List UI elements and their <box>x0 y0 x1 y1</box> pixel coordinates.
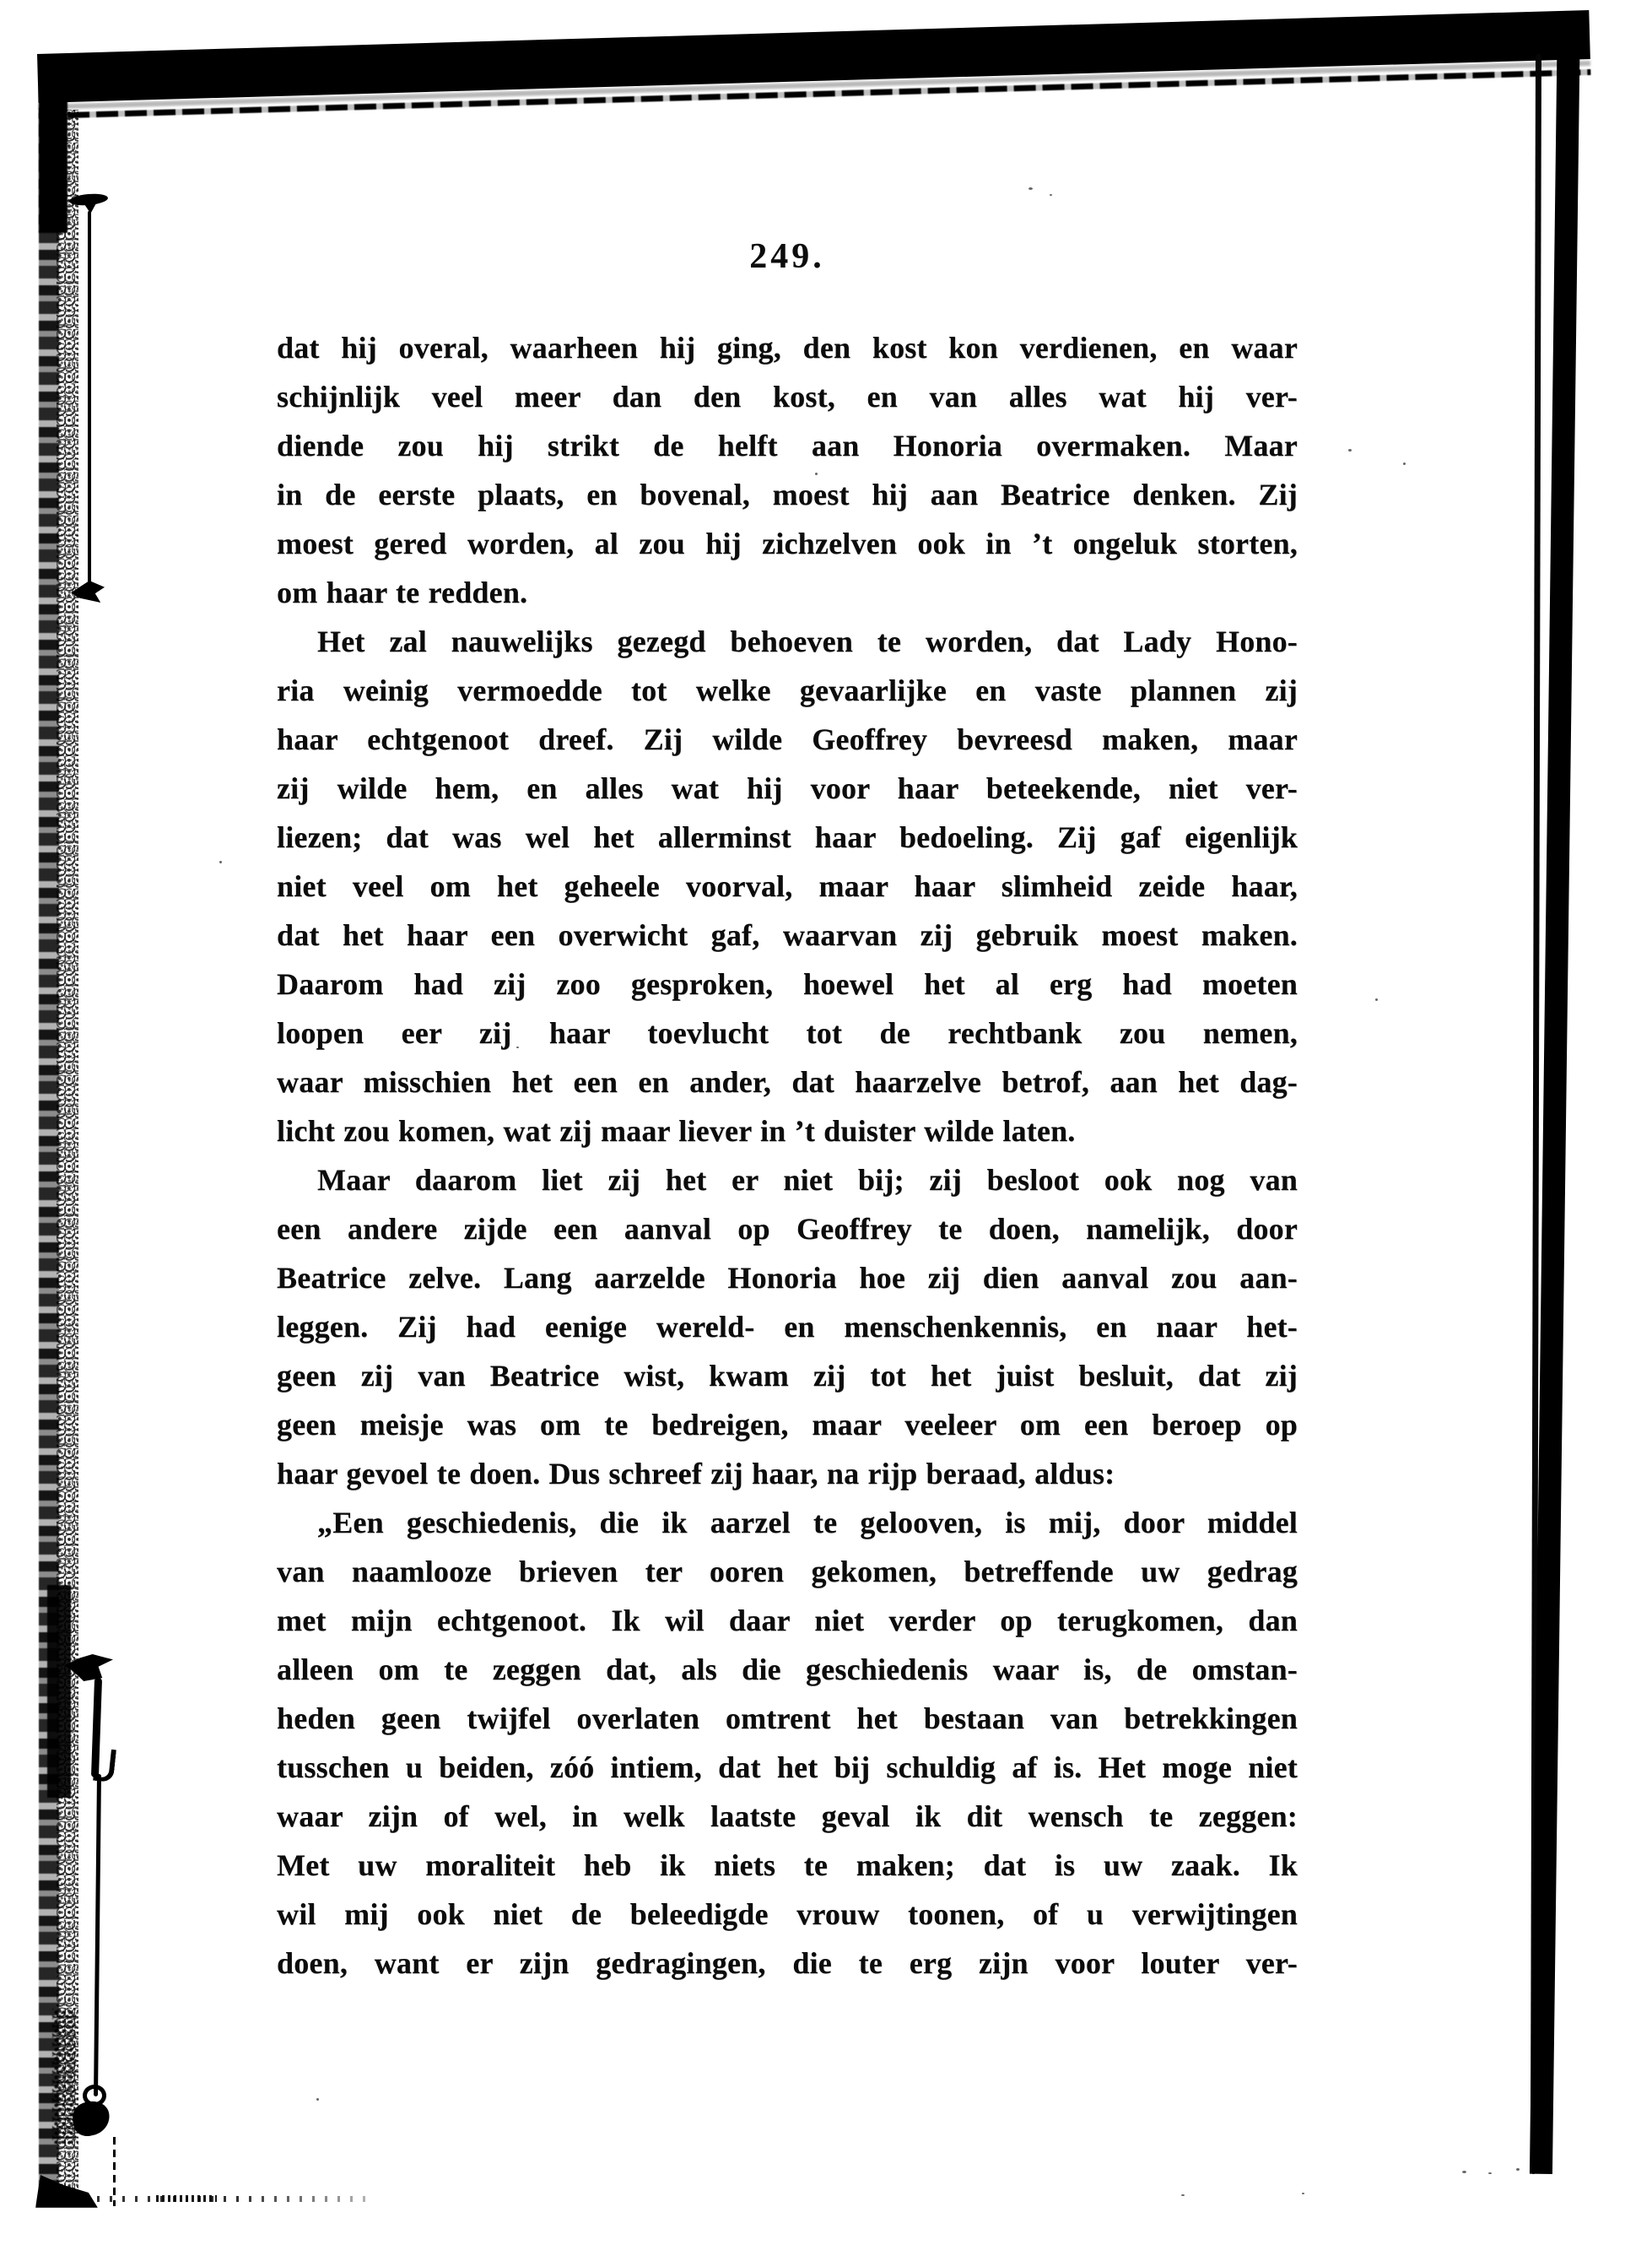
text-line: loopen eer zij haar toevlucht tot de rec… <box>277 1009 1298 1057</box>
text-line: diende zou hij strikt de helft aan Honor… <box>277 421 1298 470</box>
text-line: zij wilde hem, en alles wat hij voor haa… <box>277 764 1298 813</box>
dust-speck <box>1516 2168 1520 2171</box>
dust-speck <box>1028 187 1033 190</box>
text-line: waar zijn of wel, in welk laatste geval … <box>277 1792 1298 1841</box>
text-line: ria weinig vermoedde tot welke gevaarlij… <box>277 666 1298 715</box>
scan-top-bar <box>37 10 1590 119</box>
text-line: Het zal nauwelijks gezegd behoeven te wo… <box>277 617 1298 666</box>
text-line: tusschen u beiden, zóó intiem, dat het b… <box>277 1743 1298 1792</box>
dust-speck <box>1488 2172 1492 2174</box>
text-line: Beatrice zelve. Lang aarzelde Honoria ho… <box>277 1253 1298 1302</box>
dust-speck <box>1375 998 1378 1001</box>
text-line: om haar te redden. <box>277 568 1298 617</box>
text-line: licht zou komen, wat zij maar liever in … <box>277 1106 1298 1155</box>
text-line: schijnlijk veel meer dan den kost, en va… <box>277 372 1298 421</box>
text-line: dat hij overal, waarheen hij ging, den k… <box>277 323 1298 372</box>
text-line: doen, want er zijn gedragingen, die te e… <box>277 1939 1298 1988</box>
text-line: dat het haar een overwicht gaf, waarvan … <box>277 911 1298 960</box>
binding-shadow-speckle <box>57 110 78 2190</box>
text-line: Daarom had zij zoo gesproken, hoewel het… <box>277 960 1298 1009</box>
dust-speck <box>1403 462 1406 465</box>
page-number: 249. <box>277 239 1298 274</box>
text-line: wil mij ook niet de beleedigde vrouw too… <box>277 1890 1298 1939</box>
text-line: moest gered worden, al zou hij zichzelve… <box>277 519 1298 568</box>
text-block: dat hij overal, waarheen hij ging, den k… <box>277 323 1298 1988</box>
dust-speck <box>1348 449 1352 452</box>
scanned-book-page: 249. dat hij overal, waarheen hij ging, … <box>0 0 1652 2261</box>
dust-speck <box>1462 2171 1466 2173</box>
text-line: haar gevoel te doen. Dus schreef zij haa… <box>277 1449 1298 1498</box>
text-line: van naamlooze brieven ter ooren gekomen,… <box>277 1547 1298 1596</box>
text-line: liezen; dat was wel het allerminst haar … <box>277 813 1298 862</box>
text-line: geen meisje was om te bedreigen, maar ve… <box>277 1400 1298 1449</box>
bottom-dotted-line <box>84 2196 371 2202</box>
binding-shadow-dark-mid <box>47 1585 71 1798</box>
dust-speck <box>1302 2193 1304 2194</box>
text-line: niet veel om het geheele voorval, maar h… <box>277 862 1298 911</box>
binding-shadow-dark-top <box>39 73 67 233</box>
pin-stem <box>88 211 91 589</box>
dust-speck <box>316 2098 319 2101</box>
scan-top-bar-fill <box>37 10 1590 103</box>
text-line: alleen om te zeggen dat, als die geschie… <box>277 1645 1298 1694</box>
text-line: Met uw moraliteit heb ik niets te maken;… <box>277 1841 1298 1890</box>
text-line: Maar daarom liet zij het er niet bij; zi… <box>277 1155 1298 1204</box>
dust-speck <box>1050 194 1052 196</box>
text-line: heden geen twijfel overlaten omtrent het… <box>277 1694 1298 1743</box>
text-line: een andere zijde een aanval op Geoffrey … <box>277 1204 1298 1253</box>
text-line: „Een geschiedenis, die ik aarzel te gelo… <box>277 1498 1298 1547</box>
dust-speck <box>219 861 222 863</box>
text-line: waar misschien het een en ander, dat haa… <box>277 1057 1298 1106</box>
text-line: in de eerste plaats, en bovenal, moest h… <box>277 470 1298 519</box>
pin-stem-lower <box>94 1774 101 2096</box>
text-line: met mijn echtgenoot. Ik wil daar niet ve… <box>277 1596 1298 1645</box>
text-line: haar echtgenoot dreef. Zij wilde Geoffre… <box>277 715 1298 764</box>
text-line: leggen. Zij had eenige wereld- en mensch… <box>277 1302 1298 1351</box>
text-line: geen zij van Beatrice wist, kwam zij tot… <box>277 1351 1298 1400</box>
dust-speck <box>1181 2194 1185 2196</box>
bottom-dotted-line-dense <box>156 2195 217 2202</box>
